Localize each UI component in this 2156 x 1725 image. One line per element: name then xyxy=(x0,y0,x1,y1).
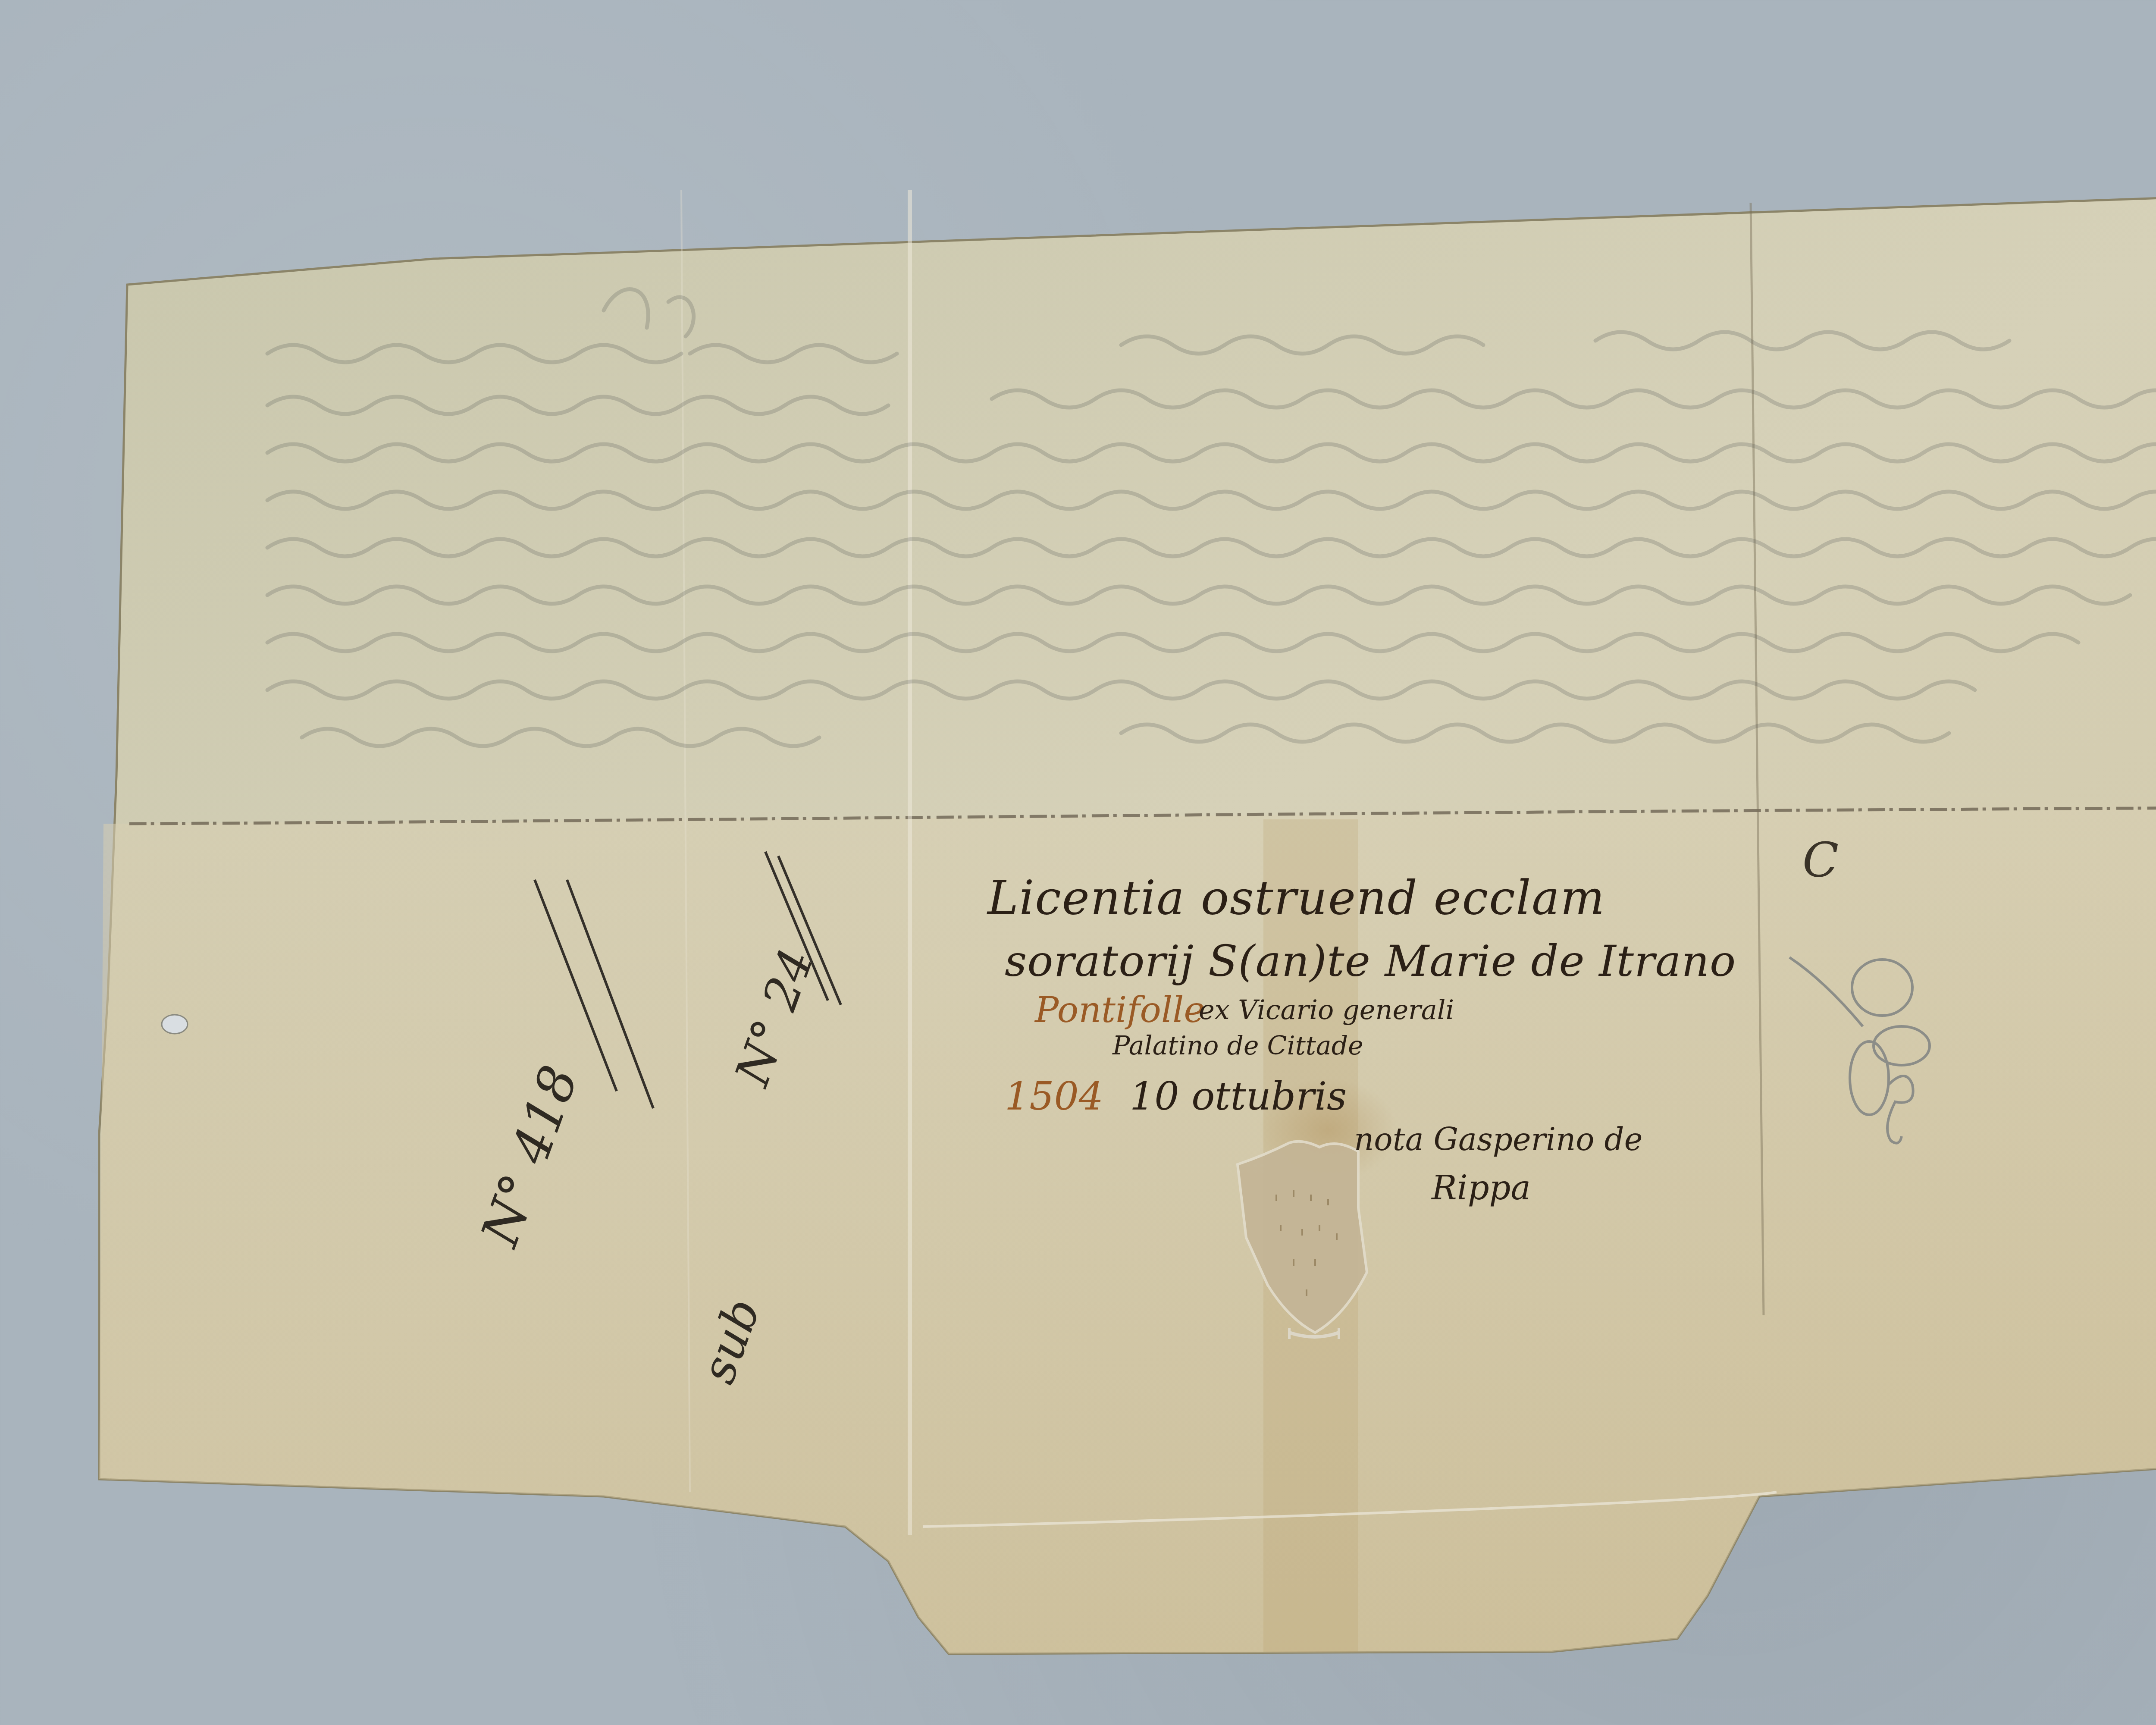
document-photo: Licentia ostruend ecclam soratorij S(an)… xyxy=(0,0,2156,1725)
endorsement-date: 10 ottubris xyxy=(1130,1074,1347,1119)
c-letter-mark: C xyxy=(1802,832,1839,888)
endorsement-line-2: soratorij S(an)te Marie de Itrano xyxy=(1005,936,1736,986)
endorsement-line-3-red: Pontifolle xyxy=(1035,990,1205,1031)
endorsement-line-3-black: ex Vicario generali xyxy=(1199,994,1454,1026)
endorsement-year: 1504 xyxy=(1005,1074,1103,1119)
endorsement-line-1: Licentia ostruend ecclam xyxy=(987,871,1605,925)
endorsement-line-4: Palatino de Cittade xyxy=(1112,1031,1363,1061)
punch-hole xyxy=(162,1015,188,1034)
notary-line-1: nota Gasperino de xyxy=(1354,1121,1642,1157)
notary-line-2: Rippa xyxy=(1432,1169,1531,1207)
